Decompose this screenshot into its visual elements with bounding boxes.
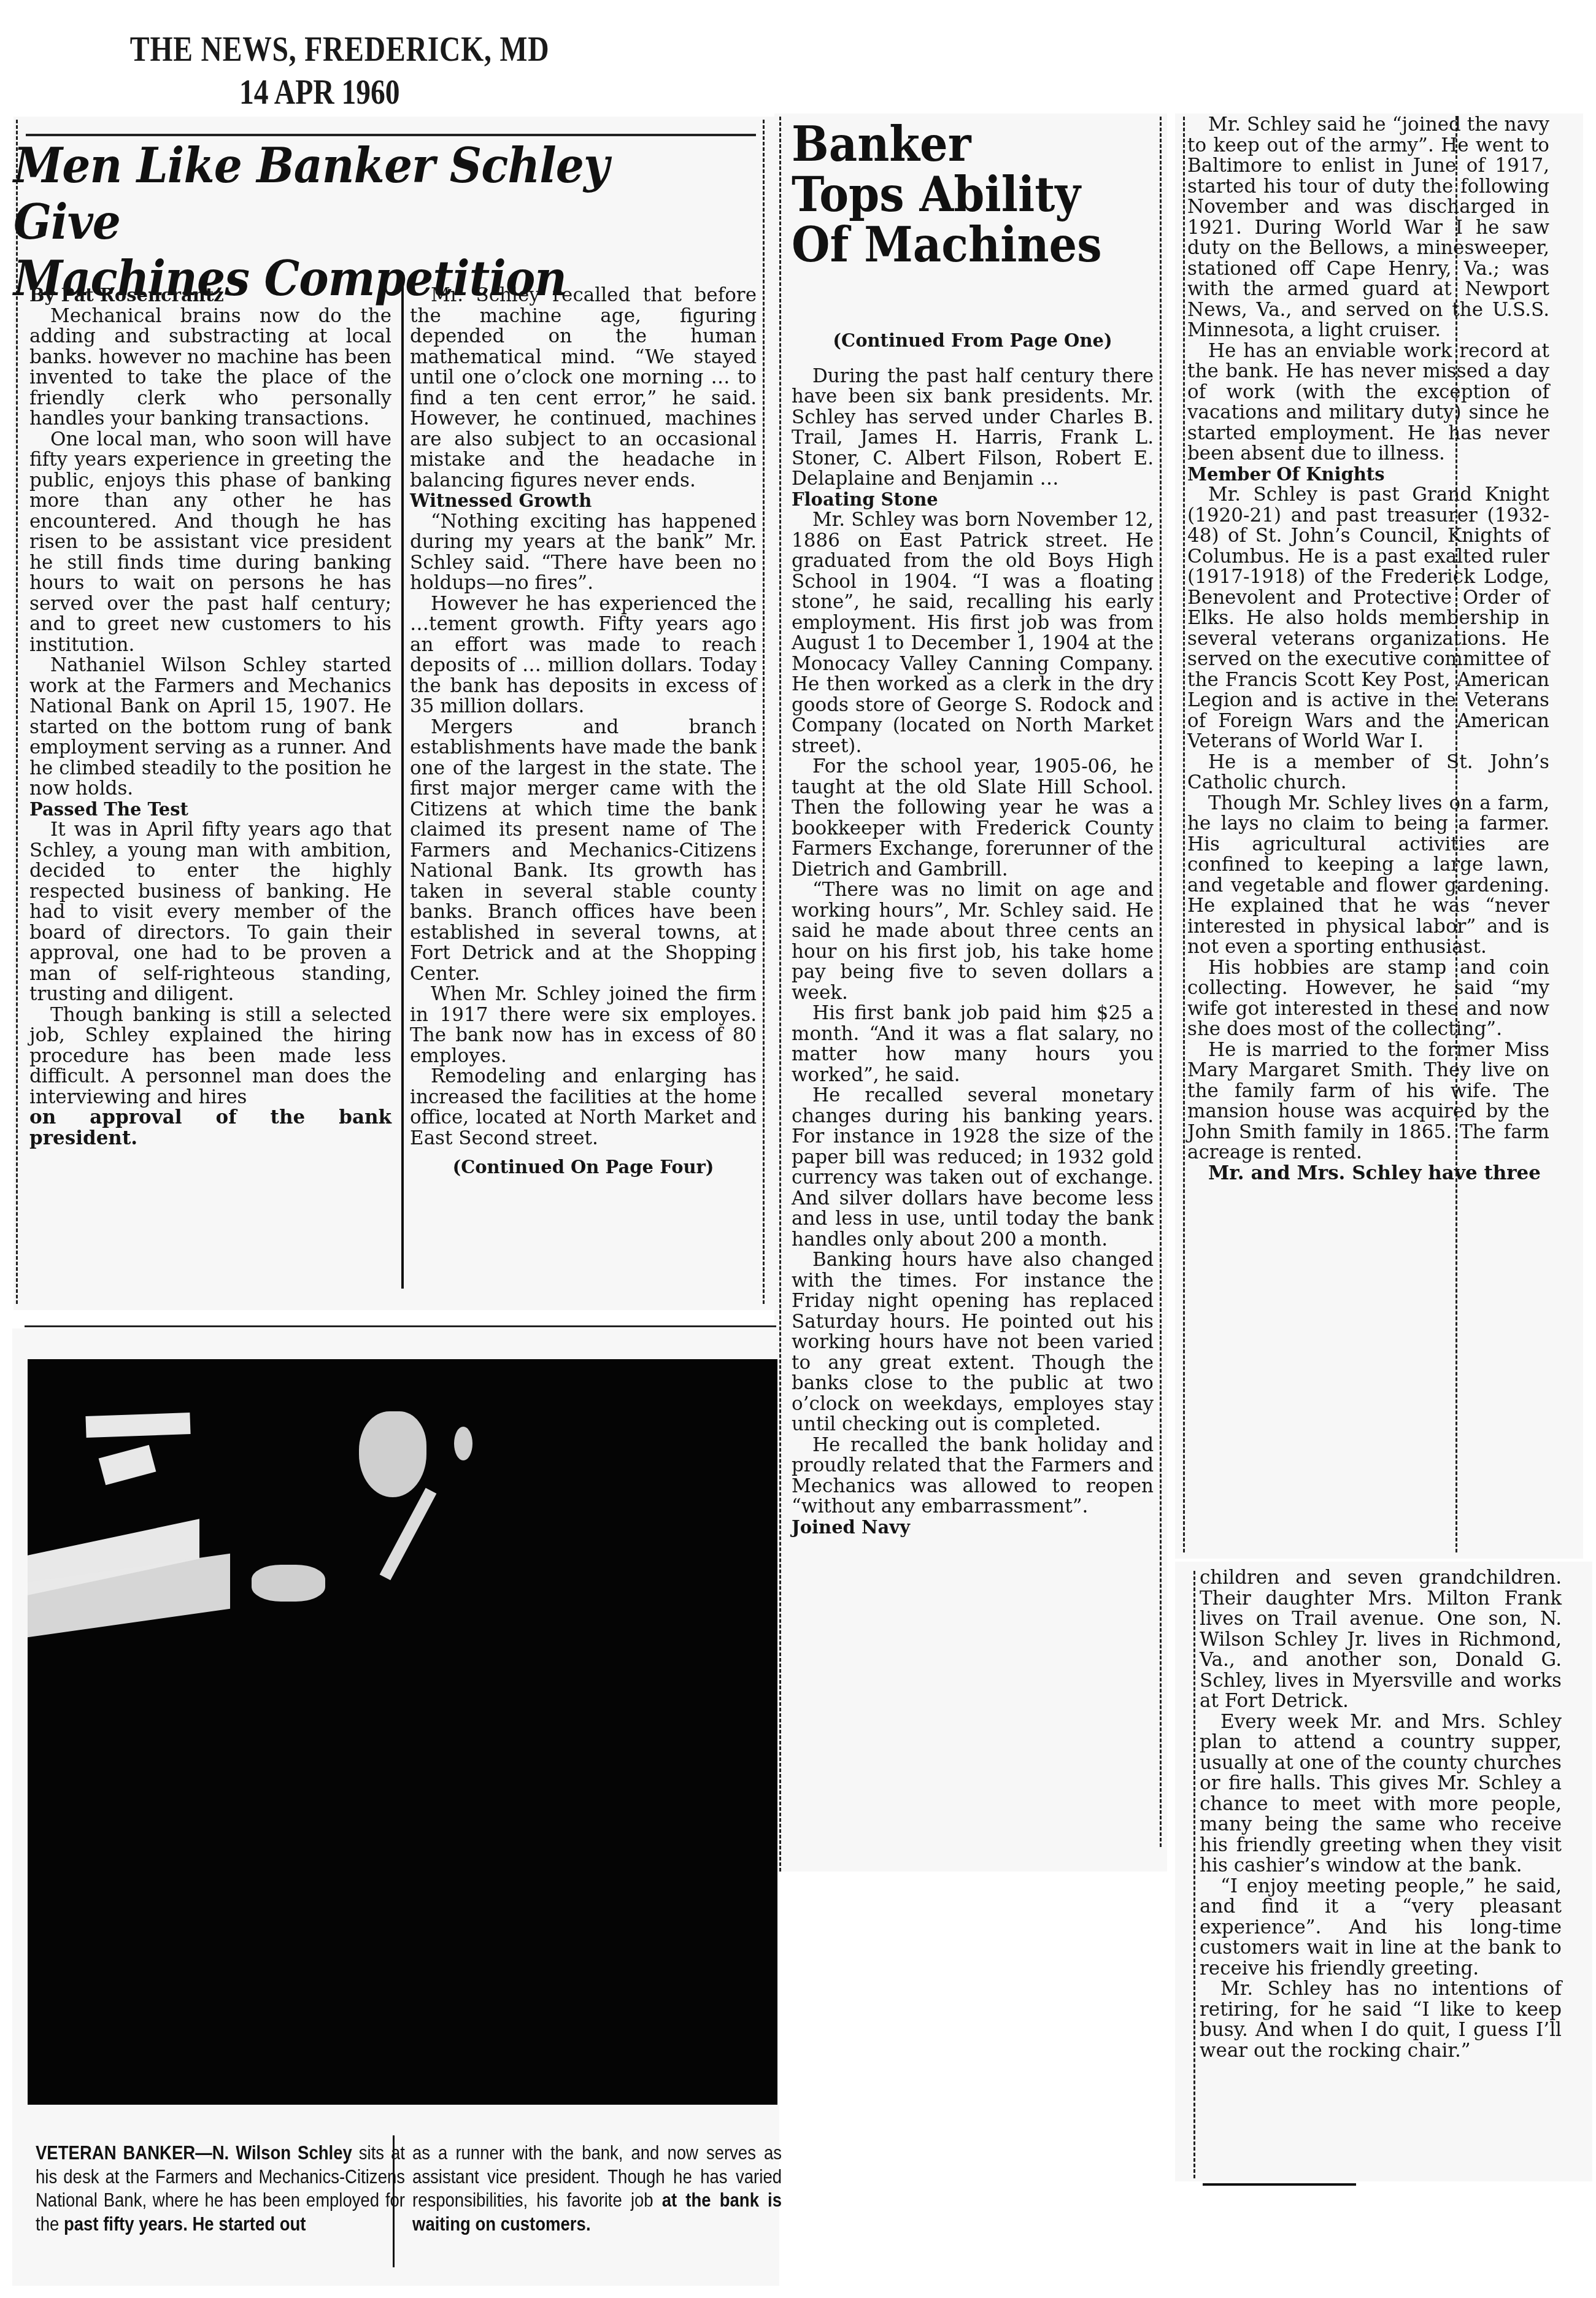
subheading-floating-stone: Floating Stone: [792, 490, 1154, 511]
article-column-1: By Pat Rosencrantz Mechanical brains now…: [29, 285, 391, 1149]
headline-line-1: Men Like Banker Schley Give: [13, 138, 704, 251]
subheading-member-of-knights: Member Of Knights: [1187, 465, 1549, 485]
paragraph: Mergers and branch establishments have m…: [410, 717, 757, 985]
photo-highlight-window: [85, 1413, 190, 1438]
paragraph: His hobbies are stamp and coin collectin…: [1187, 958, 1549, 1040]
article-2-column-1: (Continued From Page One) During the pas…: [792, 322, 1154, 1538]
photo-top-rule: [25, 1325, 776, 1327]
paragraph: “Nothing exciting has happened during my…: [410, 512, 757, 594]
paragraph: Though banking is still a selected job, …: [29, 1005, 391, 1108]
masthead: THE NEWS, FREDERICK, MD 14 APR 1960: [98, 28, 581, 114]
paragraph: He has an enviable work record at the ba…: [1187, 341, 1549, 465]
paragraph: Remodeling and enlarging has increased t…: [410, 1066, 757, 1149]
paragraph: Mr. Schley has no intentions of retiring…: [1200, 1979, 1562, 2061]
subheading-passed-the-test: Passed The Test: [29, 800, 391, 820]
photo-caption-col-2: as a runner with the bank, and now serve…: [412, 2141, 782, 2235]
paragraph: He recalled the bank holiday and proudly…: [792, 1435, 1154, 1517]
paragraph: Mr. Schley was born November 12, 1886 on…: [792, 510, 1154, 757]
caption-text-bold: past fifty years. He started out: [64, 2213, 306, 2235]
paragraph: One local man, who soon will have fifty …: [29, 430, 391, 656]
publication-date: 14 APR 1960: [58, 71, 581, 114]
photo-caption-col-1: VETERAN BANKER—N. Wilson Schley sits at …: [36, 2141, 405, 2235]
column-rule: [779, 117, 781, 1872]
article-end-rule: [1203, 2183, 1356, 2186]
column-rule: [1193, 1571, 1195, 2178]
photo-man-face: [359, 1411, 426, 1497]
photo-hands: [252, 1565, 325, 1602]
article-2-headline: Banker Tops Ability Of Machines: [792, 120, 1130, 271]
article-2-column-3: children and seven grandchildren. Their …: [1200, 1568, 1562, 2061]
paragraph: It was in April fifty years ago that Sch…: [29, 820, 391, 1005]
paragraph: Banking hours have also changed with the…: [792, 1250, 1154, 1435]
paragraph: Mechanical brains now do the adding and …: [29, 306, 391, 430]
paragraph: Though Mr. Schley lives on a farm, he la…: [1187, 793, 1549, 958]
paragraph: “I enjoy meeting people,” he said, and f…: [1200, 1876, 1562, 1980]
headline-line-3: Of Machines: [792, 220, 1130, 271]
paragraph: Mr. Schley is past Grand Knight (1920-21…: [1187, 485, 1549, 752]
photo-man-ear: [454, 1427, 472, 1460]
paragraph: Mr. Schley recalled that before the mach…: [410, 285, 757, 491]
article-column-2: Mr. Schley recalled that before the mach…: [410, 285, 757, 1178]
subheading-joined-navy: Joined Navy: [792, 1517, 1154, 1538]
paragraph: He is a member of St. John’s Catholic ch…: [1187, 752, 1549, 793]
paragraph: He recalled several monetary changes dur…: [792, 1085, 1154, 1250]
newspaper-name: THE NEWS, FREDERICK, MD: [98, 28, 581, 71]
caption-column-rule: [393, 2135, 395, 2267]
paragraph: “There was no limit on age and working h…: [792, 880, 1154, 1003]
paragraph-bold: Mr. and Mrs. Schley have three: [1187, 1163, 1549, 1184]
veteran-banker-photo: [28, 1359, 777, 2105]
paragraph: During the past half century there have …: [792, 366, 1154, 490]
subheading-witnessed-growth: Witnessed Growth: [410, 491, 757, 512]
paragraph: However he has experienced the …tement g…: [410, 594, 757, 717]
photo-highlight-paper-small: [99, 1445, 156, 1485]
column-rule: [1160, 117, 1162, 1847]
paragraph: Every week Mr. and Mrs. Schley plan to a…: [1200, 1712, 1562, 1876]
photo-shirt-collar: [380, 1488, 437, 1581]
continued-on-page-four: (Continued On Page Four): [410, 1157, 757, 1178]
article-2-column-2: Mr. Schley said he “joined the navy to k…: [1187, 115, 1549, 1184]
paragraph: children and seven grandchildren. Their …: [1200, 1568, 1562, 1712]
article-headline: Men Like Banker Schley Give Machines Com…: [13, 138, 704, 307]
column-rule: [1183, 117, 1185, 1552]
byline: By Pat Rosencrantz: [29, 285, 391, 306]
column-rule: [401, 282, 404, 1289]
paragraph: Nathaniel Wilson Schley started work at …: [29, 655, 391, 800]
paragraph: When Mr. Schley joined the firm in 1917 …: [410, 984, 757, 1066]
paragraph: His first bank job paid him $25 a month.…: [792, 1003, 1154, 1085]
paragraph: For the school year, 1905-06, he taught …: [792, 757, 1154, 880]
headline-line-1: Banker: [792, 120, 1130, 170]
caption-lead: VETERAN BANKER—N. Wilson Schley: [36, 2142, 352, 2164]
paragraph-ending: on approval of the bank president.: [29, 1108, 391, 1149]
headline-rule: [26, 134, 756, 136]
paragraph: He is married to the former Miss Mary Ma…: [1187, 1040, 1549, 1163]
column-rule: [763, 120, 765, 1304]
paragraph: Mr. Schley said he “joined the navy to k…: [1187, 115, 1549, 341]
headline-line-2: Tops Ability: [792, 170, 1130, 220]
continued-from-page-one: (Continued From Page One): [792, 331, 1154, 352]
